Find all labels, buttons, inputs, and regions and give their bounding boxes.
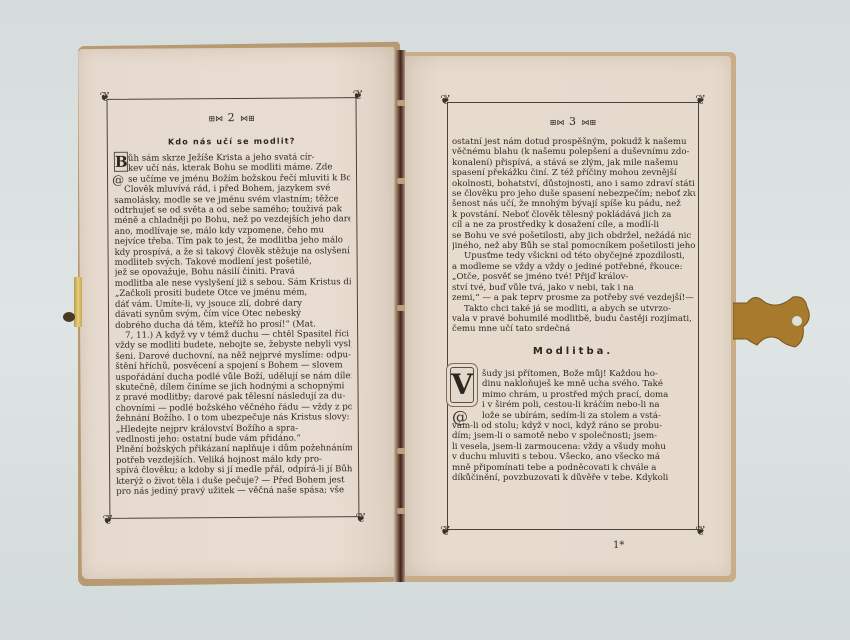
photo-scene: ❦ ❦ ❦ ❦ ⊞⋈ 2 ⋈⊞ Kdo nás učí se modlit? B… <box>0 0 850 640</box>
corner-ornament-icon: ❦ <box>440 525 451 538</box>
corner-ornament-icon: ❦ <box>353 89 364 102</box>
folio-ornament-icon: ⋈⊞ <box>582 118 597 127</box>
section-heading: Kdo nás učí se modlit? <box>108 136 356 147</box>
signature-mark: 1* <box>613 540 624 551</box>
text-line: spasení překážku činí. Z též příčiny moh… <box>452 168 696 178</box>
text-line: „Otče, posvěť se jméno tvé! Přijď králov… <box>452 272 696 282</box>
text-line: šudy jsi přítomen, Bože můj! Každou ho- <box>452 369 696 379</box>
corner-ornament-icon: ❦ <box>440 94 451 107</box>
right-page: ❦ ❦ ❦ ❦ ⊞⋈ 3 ⋈⊞ ostatní jest nám dotud p… <box>405 56 731 576</box>
text-line: ostatní jest nám dotud prospěšným, pokud… <box>452 137 696 147</box>
text-line: vám-li od stolu; když v noci, když ráno … <box>452 421 696 431</box>
text-line: dím; jsem-li o samotě nebo v společnosti… <box>452 431 696 441</box>
text-line: Takto chci také já se modliti, a abych s… <box>452 304 696 314</box>
corner-ornament-icon: ❦ <box>355 512 366 525</box>
text-line: v duchu mluviti s tebou. Všecko, ano vše… <box>452 452 696 462</box>
ornamental-frame: ❦ ❦ ❦ ❦ ⊞⋈ 3 ⋈⊞ ostatní jest nám dotud p… <box>447 102 699 530</box>
text-line: díkůčinění, povzbuzovati k důvěře v tebe… <box>452 473 696 483</box>
text-line: konalení) přispívá, a stává se zlým, jak… <box>452 158 696 168</box>
text-line: a modleme se vždy a vždy o jediné potřeb… <box>452 262 696 272</box>
page-number: ⊞⋈ 3 ⋈⊞ <box>448 115 698 128</box>
corner-ornament-icon: ❦ <box>99 91 110 104</box>
text-line: pro nás jediný pravý užitek — věčná naše… <box>116 485 352 497</box>
text-line: Upusťme tedy všickni od této obyčejné zp… <box>452 251 696 261</box>
text-line: se Bohu ve své pošetilosti, aby jich obd… <box>452 231 696 241</box>
text-line: věčnému blahu (k našemu polepšení a duše… <box>452 147 696 157</box>
clasp-pin <box>63 312 75 322</box>
prayer-heading: Modlitba. <box>448 346 698 357</box>
corner-ornament-icon: ❦ <box>695 525 706 538</box>
text-line: mimo chrám, u prostřed mých prací, doma <box>452 390 696 400</box>
text-line: dinu nakloňuješ ke mně ucha svého. Také <box>452 379 696 389</box>
text-line: jiného, než aby Bůh se stal pomocníkem p… <box>452 241 696 251</box>
folio-ornament-icon: ⋈⊞ <box>240 114 255 123</box>
text-line: čemu mne učí tato srdečná <box>452 324 696 334</box>
text-line: zemi,“ — a pak teprv prosme za potřeby s… <box>452 293 696 303</box>
folio-ornament-icon: ⊞⋈ <box>550 118 565 127</box>
brass-clasp-catch <box>74 277 82 327</box>
ornamental-frame: ❦ ❦ ❦ ❦ ⊞⋈ 2 ⋈⊞ Kdo nás učí se modlit? B… <box>107 97 360 519</box>
page-number: ⊞⋈ 2 ⋈⊞ <box>108 110 356 125</box>
text-line: se člověku pro jeho duše spasení nebezpe… <box>452 189 696 199</box>
body-text: ostatní jest nám dotud prospěšným, pokud… <box>452 137 696 335</box>
text-line: žehnání Božího. I o tom ubezpečuje nás K… <box>116 412 352 424</box>
text-line: mně připomínati tebe a podněcovati k chv… <box>452 463 696 473</box>
prayer-text: šudy jsi přítomen, Bože můj! Každou ho-d… <box>452 369 696 483</box>
text-line: ství tvé, buď vůle tvá, jako v nebi, tak… <box>452 283 696 293</box>
text-line: li vesela, jsem-li zarmoucena: vždy a vš… <box>452 442 696 452</box>
brass-clasp-icon <box>733 293 811 349</box>
corner-ornament-icon: ❦ <box>102 514 113 527</box>
corner-ornament-icon: ❦ <box>695 94 706 107</box>
text-line: vala v pravé bohumilé modlitbě, budu čas… <box>452 314 696 324</box>
text-line: i v širém poli, cestou-li kráčím nebo-li… <box>452 400 696 410</box>
text-line: k povstání. Neboť člověk tělesný pokládá… <box>452 210 696 220</box>
folio-ornament-icon: ⊞⋈ <box>208 114 223 123</box>
text-line: cíl a ne za prostředky k dosažení cíle, … <box>452 220 696 230</box>
text-line: lože se ubírám, sedím-li za stolem a vst… <box>452 411 696 421</box>
text-line: šenost nás učí, že mnohým bývají spíše k… <box>452 199 696 209</box>
left-page: ❦ ❦ ❦ ❦ ⊞⋈ 2 ⋈⊞ Kdo nás učí se modlit? B… <box>78 47 398 579</box>
body-text: ůh sám skrze Ježíše Krista a jeho svatá … <box>114 152 352 497</box>
text-line: okolnosti, bohatství, důstojnosti, ano i… <box>452 179 696 189</box>
